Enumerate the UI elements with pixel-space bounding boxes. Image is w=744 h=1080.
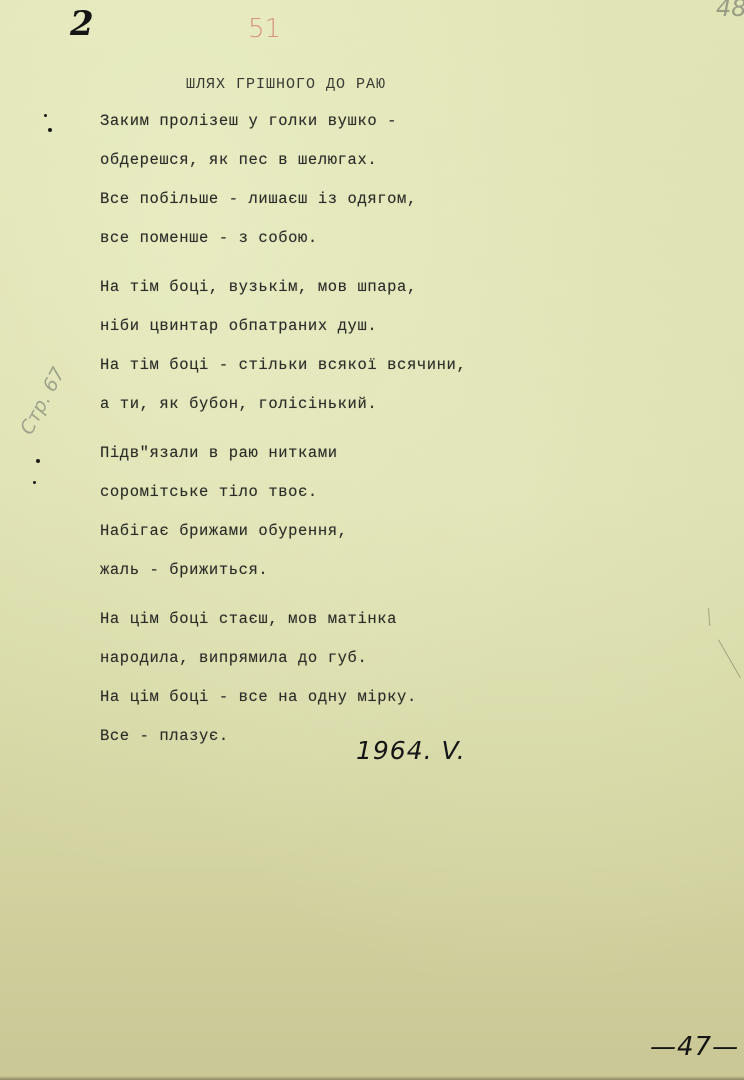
stanza-2: На тім боці, вузькім, мов шпара, ніби цв… bbox=[100, 276, 466, 415]
poem-line: народила, випрямила до губ. bbox=[100, 647, 466, 686]
poem-line: На цім боці стаєш, мов матінка bbox=[100, 608, 466, 647]
poem-title: ШЛЯХ ГРІШНОГО ДО РАЮ bbox=[186, 76, 386, 93]
margin-note: Стр. 67 bbox=[16, 364, 70, 438]
archive-number-red: 51 bbox=[248, 14, 281, 44]
binding-mark-icon bbox=[48, 128, 52, 132]
paper-crease bbox=[708, 608, 710, 626]
poem-line: жаль - брижиться. bbox=[100, 559, 466, 581]
poem-line: На тім боці, вузькім, мов шпара, bbox=[100, 276, 466, 315]
poem-line: Заким пролізеш у голки вушко - bbox=[100, 110, 466, 149]
stanza-3: Підв"язали в раю нитками соромітське тіл… bbox=[100, 442, 466, 581]
poem-line: Все побільше - лишаєш із одягом, bbox=[100, 188, 466, 227]
poem-line: На тім боці - стільки всякої всячини, bbox=[100, 354, 466, 393]
sheet-number: 2 bbox=[70, 4, 94, 44]
document-page: 2 51 48 Стр. 67 ШЛЯХ ГРІШНОГО ДО РАЮ Зак… bbox=[0, 0, 744, 1080]
paper-crease bbox=[718, 640, 741, 679]
stanza-1: Заким пролізеш у голки вушко - обдерешся… bbox=[100, 110, 466, 249]
page-number-footer: —47— bbox=[650, 1032, 739, 1062]
poem-line: соромітське тіло твоє. bbox=[100, 481, 466, 520]
poem-line: все поменше - з собою. bbox=[100, 227, 466, 249]
binding-mark-icon bbox=[33, 481, 36, 484]
archive-number-pencil: 48 bbox=[716, 0, 744, 22]
poem-line: ніби цвинтар обпатраних душ. bbox=[100, 315, 466, 354]
poem-line: обдерешся, як пес в шелюгах. bbox=[100, 149, 466, 188]
stanza-4: На цім боці стаєш, мов матінка народила,… bbox=[100, 608, 466, 747]
binding-mark-icon bbox=[44, 114, 47, 117]
handwritten-date: 1964. V. bbox=[356, 736, 466, 765]
poem-line: На цім боці - все на одну мірку. bbox=[100, 686, 466, 725]
poem-body: Заким пролізеш у голки вушко - обдерешся… bbox=[100, 110, 466, 774]
poem-line: Підв"язали в раю нитками bbox=[100, 442, 466, 481]
binding-mark-icon bbox=[36, 459, 40, 463]
poem-line: а ти, як бубон, голісінький. bbox=[100, 393, 466, 415]
poem-line: Набігає брижами обурення, bbox=[100, 520, 466, 559]
paper-bottom-edge bbox=[0, 1076, 744, 1080]
